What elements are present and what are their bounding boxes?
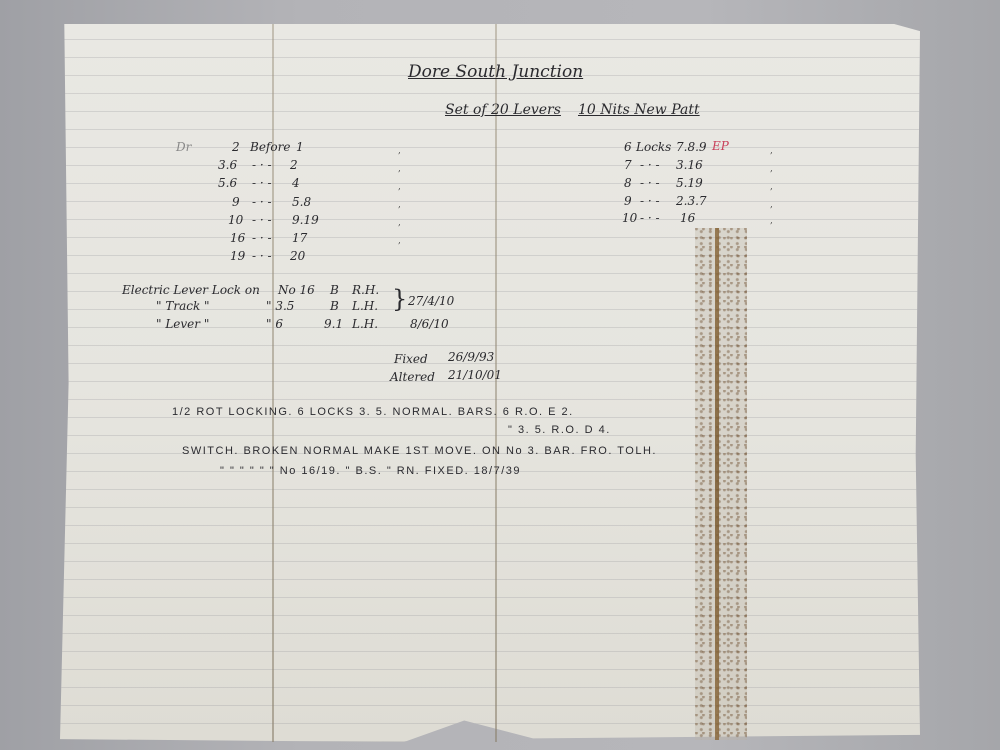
lever-number: 19 bbox=[230, 249, 245, 263]
lever-number: 5.6 bbox=[218, 176, 237, 190]
fold-line bbox=[272, 24, 274, 742]
relation: - · - bbox=[640, 194, 660, 208]
tick-mark: , bbox=[398, 182, 401, 192]
lock-number: " 6 bbox=[266, 317, 283, 331]
lever-number: 2 bbox=[232, 140, 240, 154]
lock-label: Electric Lever Lock on bbox=[122, 283, 260, 297]
subtitle-pattern: 10 Nits New Patt bbox=[578, 102, 700, 118]
lock-label: " Lever " bbox=[156, 317, 209, 331]
relation: - · - bbox=[252, 176, 272, 190]
locked-value: 17 bbox=[292, 231, 307, 245]
tick-mark: , bbox=[770, 164, 773, 174]
lever-number: 10 bbox=[228, 213, 243, 227]
subtitle-levers: Set of 20 Levers bbox=[445, 102, 561, 118]
relation: - · - bbox=[252, 158, 272, 172]
tape-stain bbox=[695, 228, 747, 740]
lever-number: 7 bbox=[624, 158, 632, 172]
lever-number: 9 bbox=[624, 194, 632, 208]
tick-mark: , bbox=[398, 146, 401, 156]
lock-label: " Track " bbox=[156, 299, 210, 313]
fixed-date: 26/9/93 bbox=[448, 350, 494, 364]
lock-date: 27/4/10 bbox=[408, 294, 454, 308]
locked-value: 3.16 bbox=[676, 158, 703, 172]
relation: - · - bbox=[252, 213, 272, 227]
printed-note: SWITCH. BROKEN NORMAL MAKE 1ST MOVE. ON … bbox=[182, 445, 657, 457]
locked-value: 2 bbox=[290, 158, 298, 172]
lock-side: L.H. bbox=[352, 317, 378, 331]
printed-note: " " " " " " No 16/19. " B.S. " RN. FIXED… bbox=[220, 465, 521, 477]
tape-residue-line bbox=[715, 228, 719, 740]
tick-mark: , bbox=[398, 164, 401, 174]
document-title: Dore South Junction bbox=[408, 62, 583, 82]
locked-value: 7.8.9 bbox=[676, 140, 707, 154]
relation: - · - bbox=[252, 231, 272, 245]
tick-mark: , bbox=[398, 236, 401, 246]
relation: Before bbox=[250, 140, 290, 154]
printed-note: 1/2 ROT LOCKING. 6 LOCKS 3. 5. NORMAL. B… bbox=[172, 406, 574, 418]
tick-mark: , bbox=[770, 182, 773, 192]
locked-value: 2.3.7 bbox=[676, 194, 707, 208]
lever-number: 8 bbox=[624, 176, 632, 190]
red-annotation: EP bbox=[712, 139, 729, 153]
locked-value: 1 bbox=[296, 140, 304, 154]
altered-label: Altered bbox=[390, 370, 435, 384]
locked-value: 20 bbox=[290, 249, 305, 263]
lever-number: 3.6 bbox=[218, 158, 237, 172]
locked-value: 5.8 bbox=[292, 195, 311, 209]
relation: - · - bbox=[640, 211, 660, 225]
relation: - · - bbox=[252, 195, 272, 209]
tick-mark: , bbox=[770, 216, 773, 226]
lock-number: No 16 bbox=[278, 283, 315, 297]
relation: Locks bbox=[636, 140, 671, 154]
fixed-label: Fixed bbox=[394, 352, 428, 366]
printed-note: " 3. 5. R.O. D 4. bbox=[508, 424, 611, 436]
locked-value: 16 bbox=[680, 211, 695, 225]
tick-mark: , bbox=[398, 200, 401, 210]
lock-number: " 3.5 bbox=[266, 299, 294, 313]
lever-number: 10 bbox=[622, 211, 637, 225]
brace: } bbox=[392, 285, 407, 313]
altered-date: 21/10/01 bbox=[448, 368, 502, 382]
lock-side: L.H. bbox=[352, 299, 378, 313]
tick-mark: , bbox=[770, 146, 773, 156]
relation: - · - bbox=[640, 176, 660, 190]
lock-b: B bbox=[330, 283, 339, 297]
left-table-mark: Dr bbox=[176, 140, 191, 154]
lever-number: 6 bbox=[624, 140, 632, 154]
locked-value: 4 bbox=[292, 176, 300, 190]
relation: - · - bbox=[640, 158, 660, 172]
paper-sheet bbox=[60, 24, 920, 742]
lock-b: B bbox=[330, 299, 339, 313]
lock-b: 9.1 bbox=[324, 317, 343, 331]
lever-number: 16 bbox=[230, 231, 245, 245]
lever-number: 9 bbox=[232, 195, 240, 209]
relation: - · - bbox=[252, 249, 272, 263]
locked-value: 5.19 bbox=[676, 176, 703, 190]
tick-mark: , bbox=[770, 200, 773, 210]
fold-line bbox=[495, 24, 497, 742]
tick-mark: , bbox=[398, 218, 401, 228]
locked-value: 9.19 bbox=[292, 213, 319, 227]
lock-side: R.H. bbox=[352, 283, 379, 297]
lock-date: 8/6/10 bbox=[410, 317, 449, 331]
